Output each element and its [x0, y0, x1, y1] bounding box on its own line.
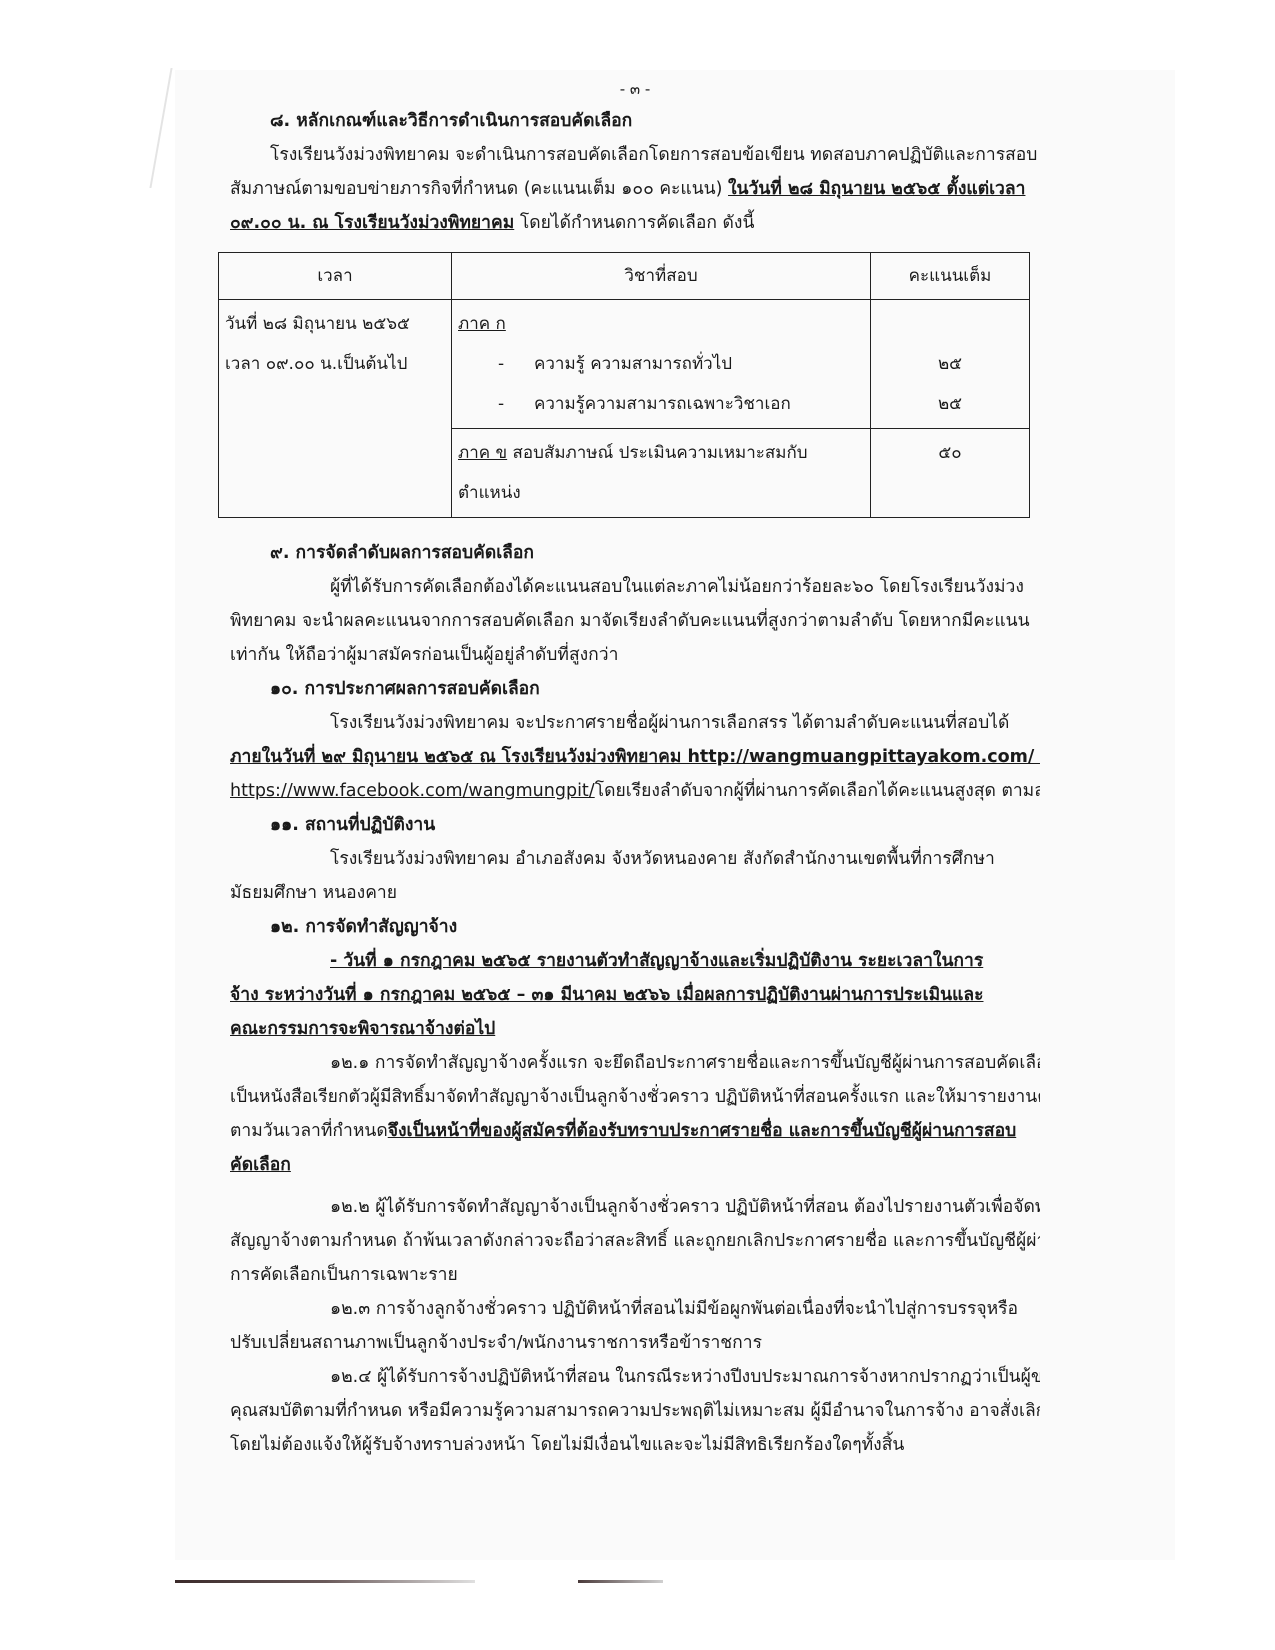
clause-12-1: เป็นหนังสือเรียกตัวผู้มีสิทธิ์มาจัดทำสัญ…	[230, 1080, 1040, 1114]
exam-date: วันที่ ๒๘ มิถุนายน ๒๕๖๕	[225, 304, 445, 344]
table-row: วันที่ ๒๘ มิถุนายน ๒๕๖๕ เวลา ๐๙.๐๐ น.เป็…	[219, 300, 1030, 429]
section-11-text: มัธยมศึกษา หนองคาย	[230, 876, 1040, 910]
section-8-text-plain: สัมภาษณ์ตามขอบข่ายภารกิจที่กำหนด (คะแนนเ…	[230, 179, 728, 199]
section-9-heading: ๙. การจัดลำดับผลการสอบคัดเลือก	[230, 536, 1040, 570]
section-9-text: ผู้ที่ได้รับการคัดเลือกต้องได้คะแนนสอบใน…	[230, 570, 1040, 604]
header-subject: วิชาที่สอบ	[452, 253, 871, 300]
section-10-heading: ๑๐. การประกาศผลการสอบคัดเลือก	[230, 672, 1040, 706]
clause-12-3: ๑๒.๓ การจ้างลูกจ้างชั่วคราว ปฏิบัติหน้าท…	[230, 1292, 1040, 1326]
clause-12-2: การคัดเลือกเป็นการเฉพาะราย	[230, 1258, 1040, 1292]
exam-date-emphasis: ในวันที่ ๒๘ มิถุนายน ๒๕๖๕ ตั้งแต่เวลา	[728, 179, 1025, 199]
score-value: ๕๐	[871, 429, 1030, 518]
clause-12-1-emphasis: คัดเลือก	[230, 1148, 1040, 1182]
clause-12-4: ๑๒.๔ ผู้ได้รับการจ้างปฏิบัติหน้าที่สอน ใ…	[230, 1360, 1040, 1394]
section-8-text: สัมภาษณ์ตามขอบข่ายภารกิจที่กำหนด (คะแนนเ…	[230, 172, 1040, 206]
clause-12-1: ตามวันเวลาที่กำหนดจึงเป็นหน้าที่ของผู้สม…	[230, 1114, 1040, 1148]
score-value: ๒๕	[871, 344, 1029, 384]
clause-12-2: ๑๒.๒ ผู้ได้รับการจัดทำสัญญาจ้างเป็นลูกจ้…	[230, 1190, 1040, 1224]
section-8-text: ๐๙.๐๐ น. ณ โรงเรียนวังม่วงพิทยาคม โดยได้…	[230, 206, 1040, 240]
announcement-date-and-site: ภายในวันที่ ๒๙ มิถุนายน ๒๕๖๕ ณ โรงเรียนว…	[230, 740, 1040, 774]
cell-score-part-a: ๒๕ ๒๕	[871, 300, 1030, 429]
section-8-text: โรงเรียนวังม่วงพิทยาคม จะดำเนินการสอบคัด…	[230, 138, 1040, 172]
score-value: ๒๕	[871, 384, 1029, 424]
section-11-heading: ๑๑. สถานที่ปฏิบัติงาน	[230, 808, 1040, 842]
exam-time-place-emphasis: ๐๙.๐๐ น. ณ โรงเรียนวังม่วงพิทยาคม	[230, 213, 514, 233]
page-bottom-edge	[578, 1580, 663, 1583]
section-10-text: โรงเรียนวังม่วงพิทยาคม จะประกาศรายชื่อผู…	[230, 706, 1040, 740]
section-11-text: โรงเรียนวังม่วงพิทยาคม อำเภอสังคม จังหวั…	[230, 842, 1040, 876]
section-12-heading: ๑๒. การจัดทำสัญญาจ้าง	[230, 910, 1040, 944]
part-a-label: ภาค ก	[458, 304, 864, 344]
contract-notice: - วันที่ ๑ กรกฎาคม ๒๕๖๕ รายงานตัวทำสัญญา…	[230, 944, 1040, 978]
table-header-row: เวลา วิชาที่สอบ คะแนนเต็ม	[219, 253, 1030, 300]
exam-start-time: เวลา ๐๙.๐๐ น.เป็นต้นไป	[225, 344, 445, 384]
section-8-heading: ๘. หลักเกณฑ์และวิธีการดำเนินการสอบคัดเลื…	[230, 104, 1040, 138]
facebook-link[interactable]: https://www.facebook.com/wangmungpit/	[230, 781, 595, 801]
cell-time: วันที่ ๒๘ มิถุนายน ๒๕๖๕ เวลา ๐๙.๐๐ น.เป็…	[219, 300, 452, 518]
document-page: - ๓ - ๘. หลักเกณฑ์และวิธีการดำเนินการสอบ…	[230, 78, 1040, 1462]
clause-12-4: คุณสมบัติตามที่กำหนด หรือมีความรู้ความสา…	[230, 1394, 1040, 1428]
contract-notice: คณะกรรมการจะพิจารณาจ้างต่อไป	[230, 1012, 1040, 1046]
clause-12-1: ๑๒.๑ การจัดทำสัญญาจ้างครั้งแรก จะยึดถือป…	[230, 1046, 1040, 1080]
section-9-text: เท่ากัน ให้ถือว่าผู้มาสมัครก่อนเป็นผู้อย…	[230, 638, 1040, 672]
list-item: -ความรู้ความสามารถเฉพาะวิชาเอก	[458, 384, 864, 424]
exam-schedule-table: เวลา วิชาที่สอบ คะแนนเต็ม วันที่ ๒๘ มิถุ…	[218, 252, 1030, 518]
clause-12-2: สัญญาจ้างตามกำหนด ถ้าพ้นเวลาดังกล่าวจะถื…	[230, 1224, 1040, 1258]
header-time: เวลา	[219, 253, 452, 300]
section-10-text: https://www.facebook.com/wangmungpit/โดย…	[230, 774, 1040, 808]
page-bottom-edge	[175, 1580, 475, 1583]
clause-12-3: ปรับเปลี่ยนสถานภาพเป็นลูกจ้างประจำ/พนักง…	[230, 1326, 1040, 1360]
section-8-text-plain: โดยได้กำหนดการคัดเลือก ดังนี้	[514, 213, 754, 233]
contract-notice: จ้าง ระหว่างวันที่ ๑ กรกฎาคม ๒๕๖๕ – ๓๑ ม…	[230, 978, 1040, 1012]
part-b-label: ภาค ข	[458, 443, 507, 463]
clause-12-4: โดยไม่ต้องแจ้งให้ผู้รับจ้างทราบล่วงหน้า …	[230, 1428, 1040, 1462]
cell-subject-part-a: ภาค ก -ความรู้ ความสามารถทั่วไป -ความรู้…	[452, 300, 871, 429]
cell-subject-part-b: ภาค ข สอบสัมภาษณ์ ประเมินความเหมาะสมกับต…	[452, 429, 871, 518]
section-9-text: พิทยาคม จะนำผลคะแนนจากการสอบคัดเลือก มาจ…	[230, 604, 1040, 638]
clause-12-1-emphasis: จึงเป็นหน้าที่ของผู้สมัครที่ต้องรับทราบป…	[388, 1121, 1017, 1141]
header-score: คะแนนเต็ม	[871, 253, 1030, 300]
list-item: -ความรู้ ความสามารถทั่วไป	[458, 344, 864, 384]
page-number: - ๓ -	[230, 78, 1040, 100]
